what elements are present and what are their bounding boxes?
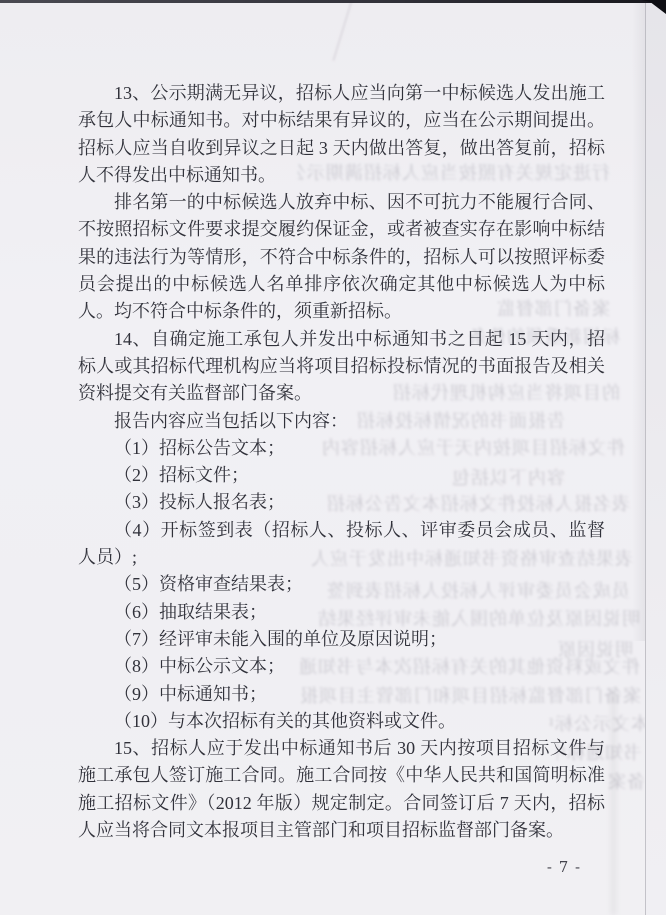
report-intro: 报告内容应当包括以下内容： [78, 408, 605, 435]
report-item-4: （4）开标签到表（招标人、投标人、评审委员会成员、监督人员）; [78, 517, 605, 572]
scanner-bed-strip [645, 0, 666, 915]
report-item-1: （1）招标公告文本； [78, 435, 605, 462]
report-item-6: （6）抽取结果表； [78, 599, 605, 626]
paragraph-15: 15、招标人应于发出中标通知书后 30 天内按项目招标文件与施工承包人签订施工合… [78, 735, 605, 844]
paragraph-14: 14、自确定施工承包人并发出中标通知书之日起 15 天内，招标人或其招标代理机构… [78, 326, 605, 408]
report-item-5: （5）资格审查结果表； [78, 571, 605, 598]
report-item-10: （10）与本次招标有关的其他资料或文件。 [78, 708, 605, 735]
report-item-2: （2）招标文件； [78, 462, 605, 489]
page-number: - 7 - [524, 858, 604, 876]
scanned-page: 行进定规关有照按当应人标招满期示公案备门部督监标招新重须的件条的目项将当应构机理… [0, 0, 666, 915]
bleed-through-text: 备案 [600, 772, 645, 793]
report-item-9: （9）中标通知书； [78, 681, 605, 708]
report-item-7: （7）经评审未能入围的单位及原因说明； [78, 626, 605, 653]
scan-top-edge [0, 0, 666, 3]
text-block: 13、公示期满无异议，招标人应当向第一中标候选人发出施工承包人中标通知书。对中标… [78, 80, 605, 844]
paper-crease [332, 0, 353, 61]
paper-edge-shadow [632, 0, 646, 641]
report-item-3: （3）投标人报名表； [78, 489, 605, 516]
paper-crease-shadow [610, 690, 617, 915]
report-item-8: （8）中标公示文本； [78, 653, 605, 680]
paragraph-13: 13、公示期满无异议，招标人应当向第一中标候选人发出施工承包人中标通知书。对中标… [78, 80, 605, 189]
paragraph-13-continued: 排名第一的中标候选人放弃中标、因不可抗力不能履行合同、不按照招标文件要求提交履约… [78, 189, 605, 325]
